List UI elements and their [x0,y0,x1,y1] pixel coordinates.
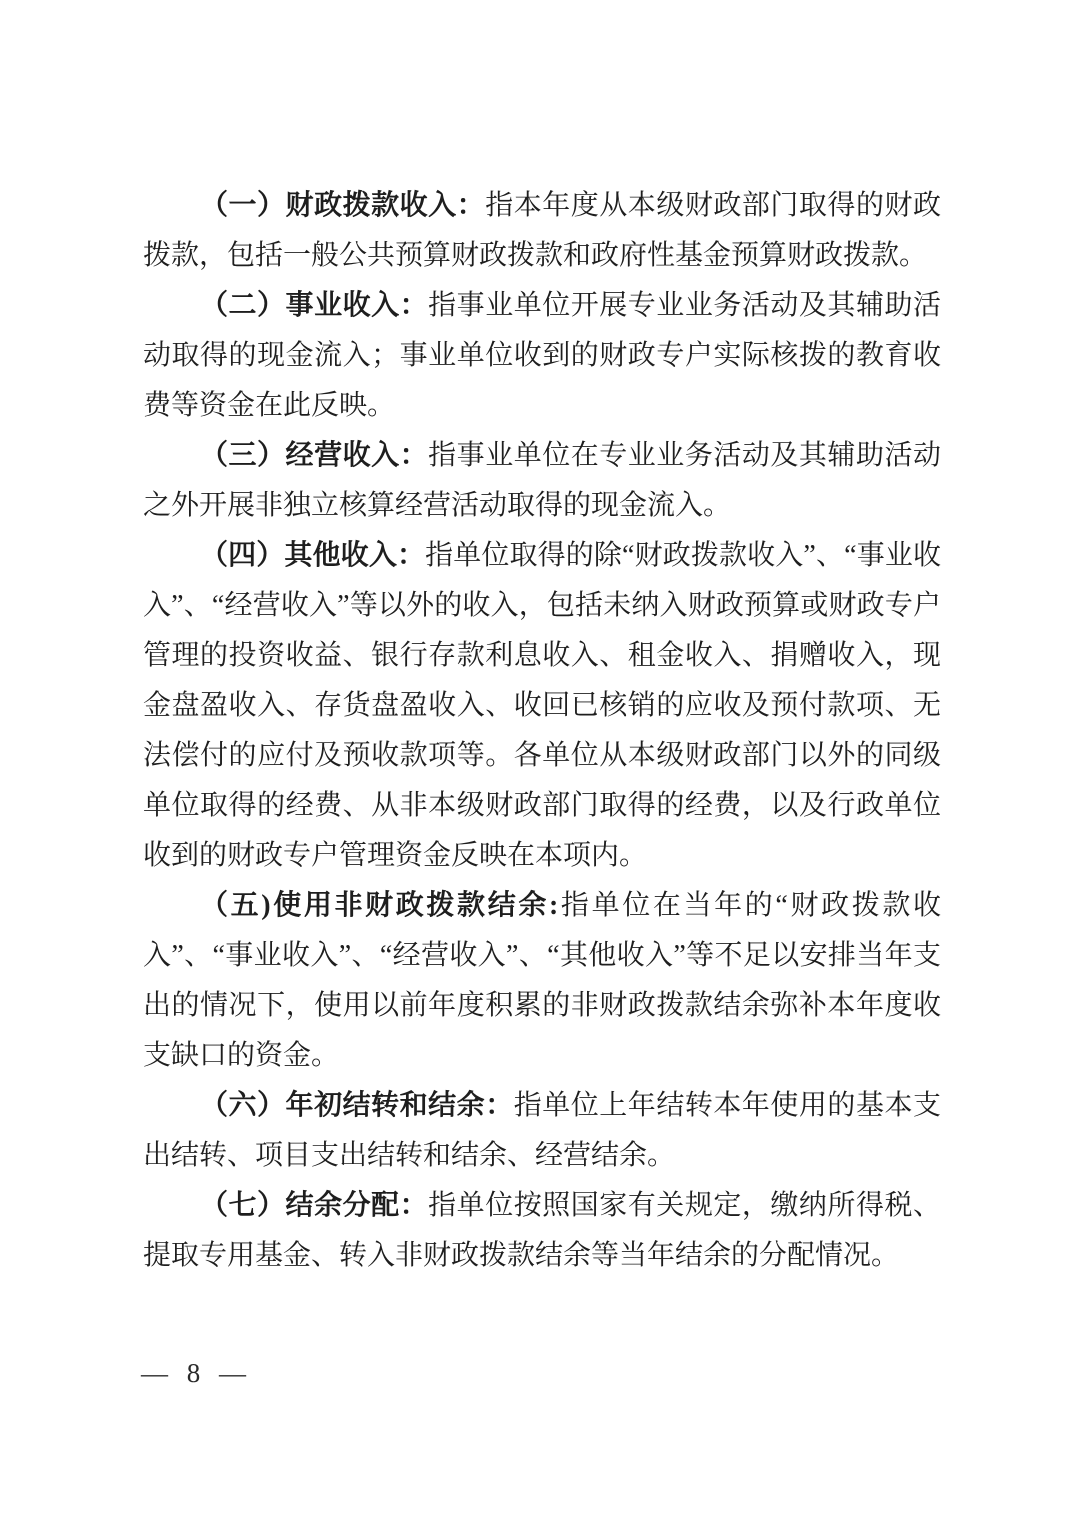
page-number: — 8 — [141,1353,252,1393]
paragraph-business-income: （二）事业收入：指事业单位开展专业业务活动及其辅助活动取得的现金流入；事业单位收… [143,281,941,431]
paragraph-use-of-non-fiscal-surplus: （五)使用非财政拨款结余:指单位在当年的“财政拨款收入”、“事业收入”、“经营收… [143,881,941,1081]
paragraph-surplus-distribution: （七）结余分配：指单位按照国家有关规定，缴纳所得税、提取专用基金、转入非财政拨款… [143,1181,941,1281]
paragraph-heading: （六）年初结转和结余： [200,1090,514,1121]
paragraph-heading: （四）其他收入： [200,540,425,571]
paragraph-fiscal-appropriation-income: （一）财政拨款收入：指本年度从本级财政部门取得的财政拨款，包括一般公共预算财政拨… [143,181,941,281]
paragraph-heading: （一）财政拨款收入： [200,190,485,221]
page-number-text: — 8 — [141,1358,252,1388]
paragraph-beginning-year-carryover: （六）年初结转和结余：指单位上年结转本年使用的基本支出结转、项目支出结转和结余、… [143,1081,941,1181]
paragraph-heading: （七）结余分配： [200,1190,428,1221]
paragraph-heading: （五)使用非财政拨款结余: [200,890,558,921]
paragraph-text: 指单位取得的除“财政拨款收入”、“事业收入”、“经营收入”等以外的收入，包括未纳… [143,540,941,871]
paragraph-heading: （二）事业收入： [200,290,428,321]
paragraph-heading: （三）经营收入： [200,440,428,471]
paragraph-other-income: （四）其他收入：指单位取得的除“财政拨款收入”、“事业收入”、“经营收入”等以外… [143,531,941,881]
paragraph-operating-income: （三）经营收入：指事业单位在专业业务活动及其辅助活动之外开展非独立核算经营活动取… [143,431,941,531]
document-body: （一）财政拨款收入：指本年度从本级财政部门取得的财政拨款，包括一般公共预算财政拨… [143,181,941,1281]
document-page: （一）财政拨款收入：指本年度从本级财政部门取得的财政拨款，包括一般公共预算财政拨… [0,0,1075,1520]
